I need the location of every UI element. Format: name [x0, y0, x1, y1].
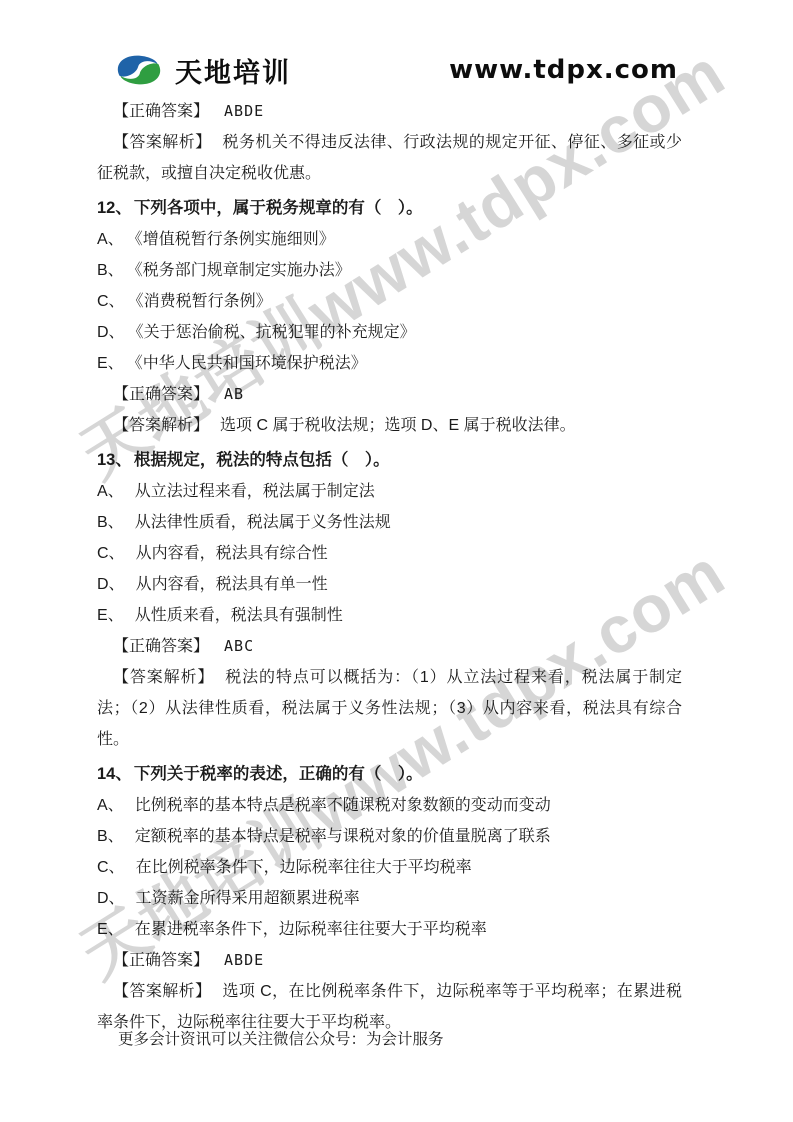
option-key: E、 — [97, 921, 124, 938]
question-13-title: 13、根据规定，税法的特点包括（ ）。 — [97, 445, 682, 476]
option-text: 《增值税暂行条例实施细则》 — [135, 231, 335, 248]
option-a: A、比例税率的基本特点是税率不随课税对象数额的变动而变动 — [97, 790, 682, 821]
answer-value: ABDE — [224, 102, 264, 120]
answer-label: 【正确答案】 — [113, 103, 209, 120]
site-url: www.tdpx.com — [449, 55, 678, 85]
answer-value: AB — [224, 385, 244, 403]
option-c: C、从内容看，税法具有综合性 — [97, 538, 682, 569]
option-b: B、从法律性质看，税法属于义务性法规 — [97, 507, 682, 538]
option-key: A、 — [97, 231, 124, 248]
question-14-title: 14、下列关于税率的表述，正确的有（ ）。 — [97, 759, 682, 790]
option-text: 《中华人民共和国环境保护税法》 — [135, 355, 367, 372]
answer-label: 【正确答案】 — [113, 638, 209, 655]
document-page: 天地培训www.tdpx.com 天地培训www.tdpx.com 天地培训 w… — [0, 0, 793, 1122]
option-e: E、《中华人民共和国环境保护税法》 — [97, 348, 682, 379]
answer-line: 【正确答案】ABC — [97, 631, 682, 662]
option-text: 从内容看，税法具有综合性 — [136, 545, 328, 562]
option-text: 《税务部门规章制定实施办法》 — [135, 262, 351, 279]
option-e: E、在累进税率条件下，边际税率往往要大于平均税率 — [97, 914, 682, 945]
option-text: 《消费税暂行条例》 — [136, 293, 272, 310]
option-d: D、从内容看，税法具有单一性 — [97, 569, 682, 600]
option-text: 定额税率的基本特点是税率与课税对象的价值量脱离了联系 — [135, 828, 551, 845]
document-content: 【正确答案】ABDE 【答案解析】税务机关不得违反法律、行政法规的规定开征、停征… — [97, 96, 682, 1038]
option-text: 在比例税率条件下，边际税率往往大于平均税率 — [136, 859, 472, 876]
question-text: 下列关于税率的表述，正确的有（ ）。 — [134, 765, 423, 783]
option-key: C、 — [97, 859, 125, 876]
question-number: 12、 — [97, 199, 132, 217]
brand-name: 天地培训 — [175, 51, 291, 90]
question-12-title: 12、下列各项中，属于税务规章的有（ ）。 — [97, 193, 682, 224]
option-key: B、 — [97, 262, 124, 279]
answer-line: 【正确答案】ABDE — [97, 945, 682, 976]
analysis-line: 【答案解析】税法的特点可以概括为：（1）从立法过程来看，税法属于制定法；（2）从… — [97, 662, 682, 755]
option-key: A、 — [97, 797, 124, 814]
option-a: A、《增值税暂行条例实施细则》 — [97, 224, 682, 255]
analysis-label: 【答案解析】 — [113, 669, 214, 686]
option-text: 工资薪金所得采用超额累进税率 — [136, 890, 360, 907]
answer-label: 【正确答案】 — [113, 386, 209, 403]
analysis-label: 【答案解析】 — [113, 134, 212, 151]
option-text: 从内容看，税法具有单一性 — [136, 576, 328, 593]
analysis-line: 【答案解析】选项 C 属于税收法规；选项 D、E 属于税收法律。 — [97, 410, 682, 441]
answer-value: ABDE — [224, 951, 264, 969]
option-c: C、在比例税率条件下，边际税率往往大于平均税率 — [97, 852, 682, 883]
option-d: D、《关于惩治偷税、抗税犯罪的补充规定》 — [97, 317, 682, 348]
option-key: C、 — [97, 545, 125, 562]
option-text: 《关于惩治偷税、抗税犯罪的补充规定》 — [136, 324, 416, 341]
question-number: 14、 — [97, 765, 132, 783]
option-b: B、定额税率的基本特点是税率与课税对象的价值量脱离了联系 — [97, 821, 682, 852]
analysis-text: 选项 C 属于税收法规；选项 D、E 属于税收法律。 — [220, 417, 576, 434]
option-key: E、 — [97, 607, 124, 624]
page-header: 天地培训 www.tdpx.com — [112, 46, 678, 94]
option-key: B、 — [97, 828, 124, 845]
option-d: D、工资薪金所得采用超额累进税率 — [97, 883, 682, 914]
option-text: 比例税率的基本特点是税率不随课税对象数额的变动而变动 — [135, 797, 551, 814]
footer-note: 更多会计资讯可以关注微信公众号：为会计服务 — [118, 1031, 444, 1048]
option-key: D、 — [97, 324, 125, 341]
brand-logo-icon — [112, 50, 166, 90]
brand-logo: 天地培训 — [112, 50, 291, 90]
option-key: D、 — [97, 576, 125, 593]
option-key: D、 — [97, 890, 125, 907]
analysis-label: 【答案解析】 — [113, 983, 211, 1000]
answer-line: 【正确答案】ABDE — [97, 96, 682, 127]
question-number: 13、 — [97, 451, 132, 469]
option-c: C、《消费税暂行条例》 — [97, 286, 682, 317]
option-text: 从性质来看，税法具有强制性 — [135, 607, 343, 624]
analysis-label: 【答案解析】 — [113, 417, 209, 434]
option-key: B、 — [97, 514, 124, 531]
option-b: B、《税务部门规章制定实施办法》 — [97, 255, 682, 286]
answer-value: ABC — [224, 637, 254, 655]
question-text: 下列各项中，属于税务规章的有（ ）。 — [134, 199, 423, 217]
option-text: 在累进税率条件下，边际税率往往要大于平均税率 — [135, 921, 487, 938]
option-key: C、 — [97, 293, 125, 310]
option-text: 从立法过程来看，税法属于制定法 — [135, 483, 375, 500]
option-key: A、 — [97, 483, 124, 500]
option-a: A、从立法过程来看，税法属于制定法 — [97, 476, 682, 507]
option-key: E、 — [97, 355, 124, 372]
option-text: 从法律性质看，税法属于义务性法规 — [135, 514, 391, 531]
answer-label: 【正确答案】 — [113, 952, 209, 969]
option-e: E、从性质来看，税法具有强制性 — [97, 600, 682, 631]
question-text: 根据规定，税法的特点包括（ ）。 — [134, 451, 390, 469]
page-footer: 更多会计资讯可以关注微信公众号：为会计服务 — [118, 1026, 444, 1054]
answer-line: 【正确答案】AB — [97, 379, 682, 410]
analysis-line: 【答案解析】税务机关不得违反法律、行政法规的规定开征、停征、多征或少征税款，或擅… — [97, 127, 682, 189]
